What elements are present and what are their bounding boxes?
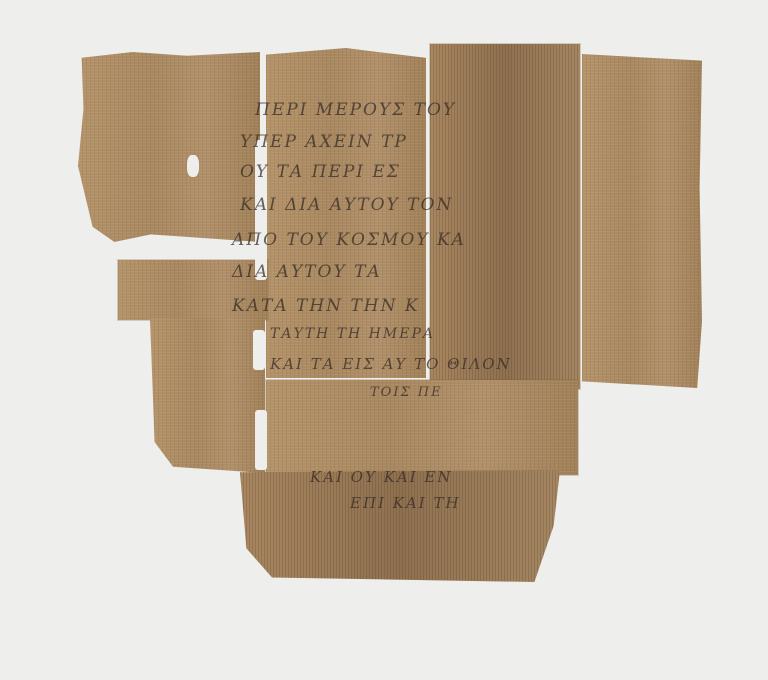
papyrus-text-line: ΥΠΕΡ ΑΧΕΙΝ ΤΡ: [240, 132, 408, 152]
papyrus-fragment-left-lower: [150, 318, 265, 473]
papyrus-text-line: ΔΙΑ ΑΥΤΟΥ ΤΑ: [232, 262, 382, 282]
papyrus-fragment-left-top: [78, 52, 260, 242]
papyrus-text-line: ΤΟΙΣ ΠΕ: [370, 385, 443, 400]
papyrus-hole: [187, 155, 199, 177]
papyrus-text-line: ΚΑΤΑ ΤΗΝ ΤΗΝ Κ: [232, 296, 420, 316]
papyrus-fragment-center-right: [430, 44, 580, 389]
papyrus-hole: [255, 410, 267, 470]
papyrus-fragment-right: [582, 54, 702, 388]
papyrus-text-line: ΑΠΟ ΤΟΥ ΚΟΣΜΟΥ ΚΑ: [232, 230, 466, 250]
papyrus-text-line: ΚΑΙ ΔΙΑ ΑΥΤΟΥ ΤΟΝ: [240, 195, 453, 215]
papyrus-text-line: ΠΕΡΙ ΜΕΡΟΥΣ ΤΟΥ: [255, 100, 456, 120]
papyrus-text-line: ΚΑΙ ΤΑ ΕΙΣ ΑΥ ΤΟ ΘΙΛΟΝ: [270, 355, 512, 373]
photo-background: ΠΕΡΙ ΜΕΡΟΥΣ ΤΟΥ ΥΠΕΡ ΑΧΕΙΝ ΤΡ ΟΥ ΤΑ ΠΕΡΙ…: [0, 0, 768, 680]
papyrus-hole: [253, 330, 265, 370]
papyrus-text-line: ΟΥ ΤΑ ΠΕΡΙ ΕΣ: [240, 162, 401, 182]
papyrus-text-line: ΤΑΥΤΗ ΤΗ ΗΜΕΡΑ: [270, 326, 435, 342]
papyrus-fragment-bottom: [240, 470, 560, 582]
papyrus-text-line: ΚΑΙ ΟΥ ΚΑΙ ΕΝ: [310, 468, 453, 486]
papyrus-text-line: ΕΠΙ ΚΑΙ ΤΗ: [350, 494, 461, 512]
